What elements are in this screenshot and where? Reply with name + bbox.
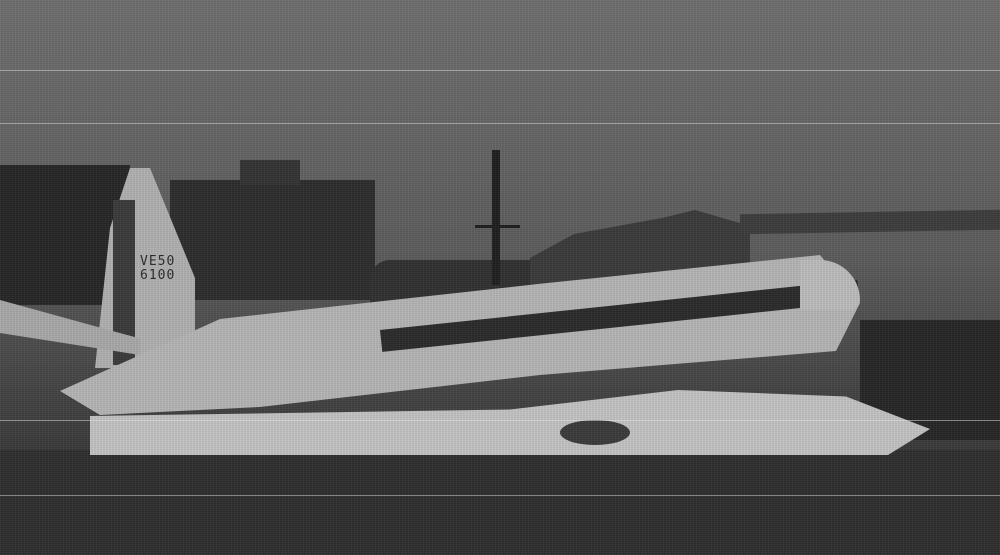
aircraft-nose [800, 260, 860, 310]
building-center [170, 180, 375, 300]
wing-right-distant [740, 210, 1000, 235]
photograph: VE50 6100 [0, 0, 1000, 555]
ground [0, 450, 1000, 555]
building-roof [240, 160, 300, 185]
tail-marking: VE50 6100 [140, 255, 175, 283]
scan-line [0, 495, 1000, 496]
damage-dark-patch [560, 420, 630, 445]
scan-line [0, 123, 1000, 124]
tail-marking-line1: VE50 [140, 255, 175, 269]
scan-line [0, 70, 1000, 71]
mast [492, 150, 500, 285]
tail-marking-line2: 6100 [140, 269, 175, 283]
mast-crossbar [475, 225, 520, 228]
scan-line [0, 420, 1000, 421]
